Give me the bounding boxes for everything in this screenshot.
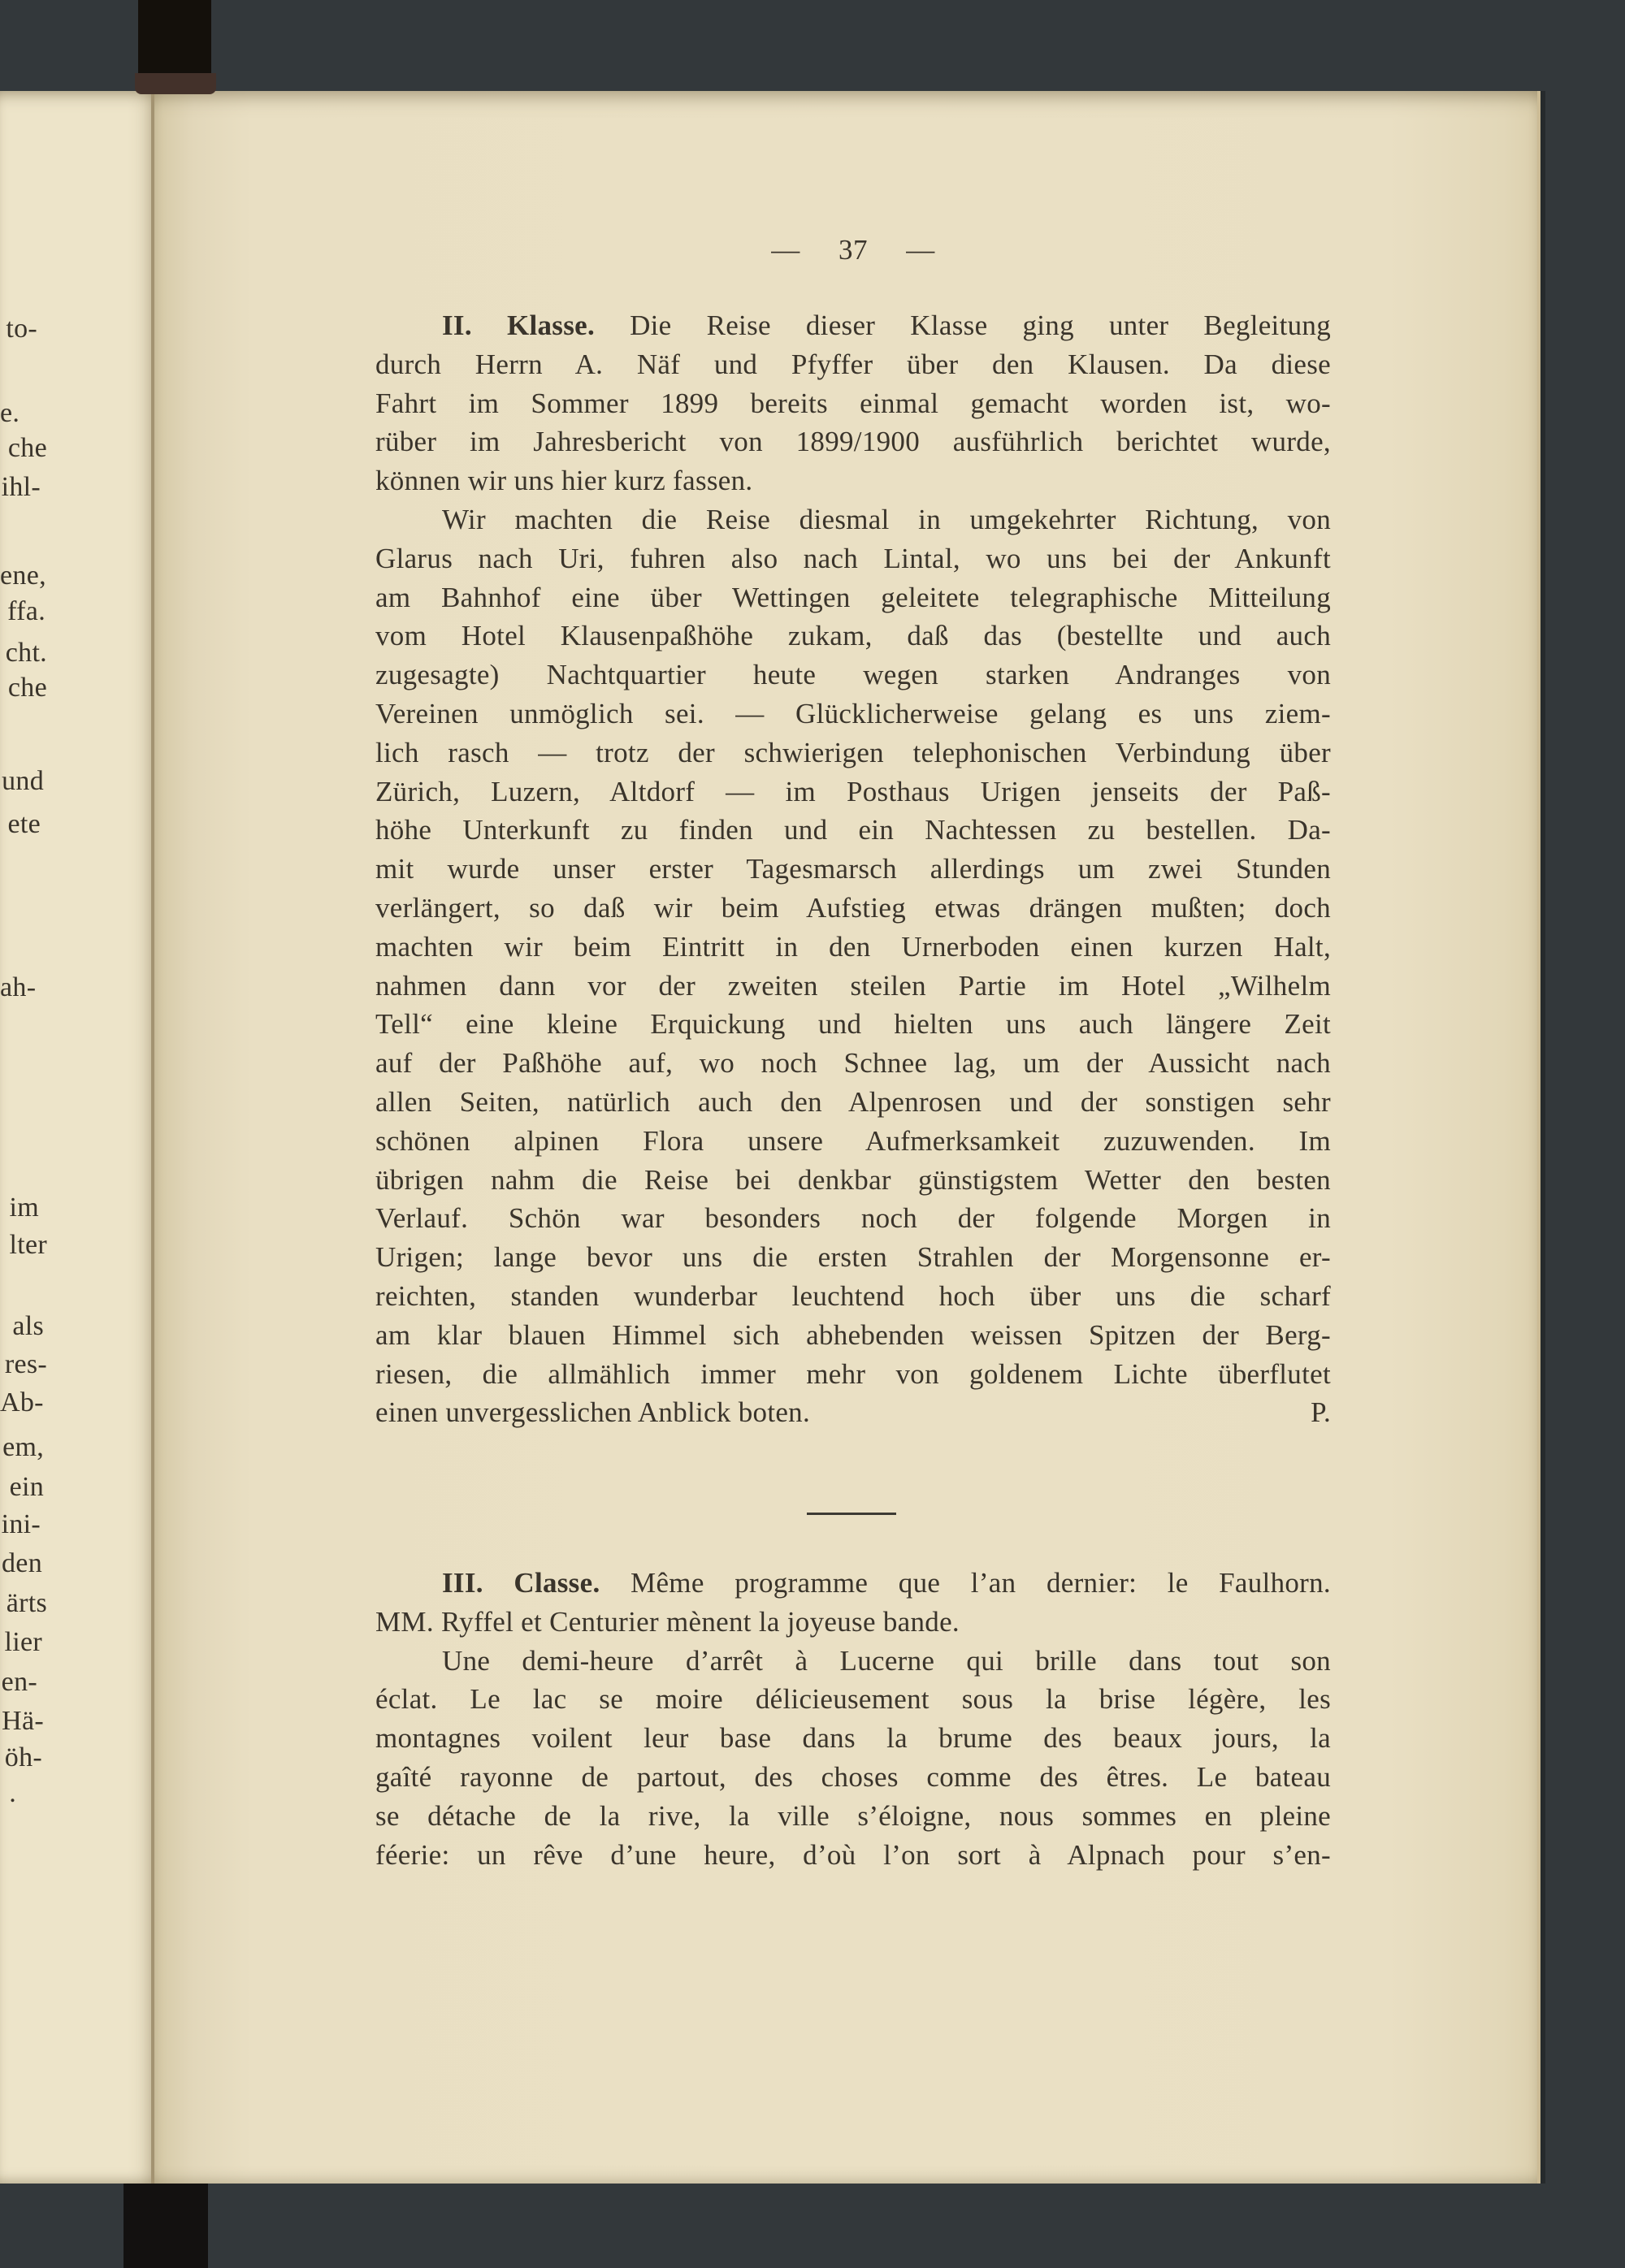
text-line: können wir uns hier kurz fassen.: [375, 461, 1331, 500]
text-line: Urigen; lange bevor uns die ersten Strah…: [375, 1238, 1331, 1277]
left-page-text-fragment: ärts: [0, 1584, 47, 1623]
section-divider: [807, 1513, 896, 1515]
left-page-text-fragment: als: [0, 1307, 44, 1346]
text-line: am Bahnhof eine über Wettingen geleitete…: [375, 578, 1331, 617]
text-line: riesen, die allmählich immer mehr von go…: [375, 1355, 1331, 1394]
text-line: reichten, standen wunderbar leuchtend ho…: [375, 1277, 1331, 1316]
left-page-text-fragment: den: [0, 1544, 42, 1583]
text-line: machten wir beim Eintritt in den Urnerbo…: [375, 928, 1331, 967]
text-line: auf der Paßhöhe auf, wo noch Schnee lag,…: [375, 1044, 1331, 1083]
text-line: übrigen nahm die Reise bei denkbar günst…: [375, 1161, 1331, 1200]
text-line: Fahrt im Sommer 1899 bereits einmal gema…: [375, 384, 1331, 423]
text-line: zugesagte) Nachtquartier heute wegen sta…: [375, 656, 1331, 695]
page-header: — 37 —: [375, 231, 1331, 270]
left-page-text-fragment: che: [0, 429, 47, 468]
left-page-text-fragment: che: [0, 669, 47, 708]
left-page-text-fragment: cht.: [0, 634, 47, 673]
text-line: montagnes voilent leur base dans la brum…: [375, 1719, 1331, 1758]
left-page-text-fragment: ah-: [0, 968, 36, 1007]
text-line: Une demi-heure d’arrêt à Lucerne qui bri…: [375, 1642, 1331, 1681]
left-page-text-fragment: Hä-: [0, 1702, 44, 1741]
text-line: II. Klasse. Die Reise dieser Klasse ging…: [375, 306, 1331, 345]
left-page-text-fragment: e.: [0, 394, 16, 433]
left-page-text-fragment: ene,: [0, 556, 45, 595]
bookmark-ribbon-top: [138, 0, 211, 75]
left-page-text-fragment: Ab-: [0, 1383, 42, 1422]
left-page-text-fragment: und: [0, 762, 44, 801]
right-page: — 37 — II. Klasse. Die Reise dieser Klas…: [154, 91, 1540, 2184]
text-line: se détache de la rive, la ville s’éloign…: [375, 1797, 1331, 1836]
text-line: Wir machten die Reise diesmal in umgekeh…: [375, 500, 1331, 539]
left-page-text-fragment: to-: [0, 309, 37, 348]
text-line: schönen alpinen Flora unsere Aufmerksamk…: [375, 1122, 1331, 1161]
text-line: allen Seiten, natürlich auch den Alpenro…: [375, 1083, 1331, 1122]
text-line: lich rasch — trotz der schwierigen telep…: [375, 734, 1331, 773]
text-line: höhe Unterkunft zu finden und ein Nachte…: [375, 811, 1331, 850]
text-line: MM. Ryffel et Centurier mènent la joyeus…: [375, 1603, 1331, 1642]
left-page-text-fragment: im: [0, 1188, 39, 1227]
text-line: vom Hotel Klausenpaßhöhe zukam, daß das …: [375, 617, 1331, 656]
left-page-text-fragment: ein: [0, 1468, 44, 1507]
left-page-text-fragment: lter: [0, 1226, 47, 1265]
text-line: féerie: un rêve d’une heure, d’où l’on s…: [375, 1836, 1331, 1875]
section-heading: III. Classe.: [442, 1567, 600, 1599]
text-line: III. Classe. Même programme que l’an der…: [375, 1564, 1331, 1603]
text-line: am klar blauen Himmel sich abhebenden we…: [375, 1316, 1331, 1355]
text-line: einen unvergesslichen Anblick boten.P.: [375, 1393, 1331, 1432]
text-line: Tell“ eine kleine Erquickung und hielten…: [375, 1005, 1331, 1044]
text-line: éclat. Le lac se moire délicieusement so…: [375, 1680, 1331, 1719]
left-page-text-fragment: lier: [0, 1623, 42, 1662]
left-page: to-e.cheihl-ene,ffa.cht.cheundeteah-imlt…: [0, 91, 154, 2184]
text-line: gaîté rayonne de partout, des choses com…: [375, 1758, 1331, 1797]
left-page-text-fragment: em,: [0, 1428, 44, 1467]
left-page-text-fragment: ihl-: [0, 468, 41, 507]
left-page-text-fragment: ini-: [0, 1505, 41, 1544]
left-page-text-fragment: ete: [0, 805, 41, 844]
author-initial: P.: [1311, 1393, 1331, 1432]
text-line: verlängert, so daß wir beim Aufstieg etw…: [375, 889, 1331, 928]
left-page-text-fragment: öh-: [0, 1738, 42, 1777]
bookmark-ribbon-top-tail: [135, 73, 216, 94]
text-line: Vereinen unmöglich sei. — Glücklicherwei…: [375, 695, 1331, 734]
text-block: III. Classe. Même programme que l’an der…: [375, 1564, 1331, 1874]
section-heading: II. Klasse.: [442, 309, 595, 341]
text-line: Zürich, Luzern, Altdorf — im Posthaus Ur…: [375, 773, 1331, 812]
text-line: nahmen dann vor der zweiten steilen Part…: [375, 967, 1331, 1006]
page-number: 37: [838, 234, 868, 266]
text-line: Glarus nach Uri, fuhren also nach Lintal…: [375, 539, 1331, 578]
text-line: durch Herrn A. Näf und Pfyffer über den …: [375, 345, 1331, 384]
text-line-body: einen unvergesslichen Anblick boten.: [375, 1393, 810, 1432]
header-right-dash: —: [906, 234, 935, 266]
left-page-text-fragment: .: [0, 1774, 16, 1813]
text-line: mit wurde unser erster Tagesmarsch aller…: [375, 850, 1331, 889]
text-block: II. Klasse. Die Reise dieser Klasse ging…: [375, 306, 1331, 1432]
header-left-dash: —: [771, 234, 800, 266]
left-page-text-fragment: res-: [0, 1345, 47, 1384]
text-line: rüber im Jahresbericht von 1899/1900 aus…: [375, 422, 1331, 461]
left-page-text-fragment: en-: [0, 1663, 37, 1702]
text-line: Verlauf. Schön war besonders noch der fo…: [375, 1199, 1331, 1238]
book-photo: to-e.cheihl-ene,ffa.cht.cheundeteah-imlt…: [0, 0, 1625, 2268]
bookmark-ribbon-bottom: [123, 2184, 208, 2268]
left-page-text-fragment: ffa.: [0, 592, 45, 631]
